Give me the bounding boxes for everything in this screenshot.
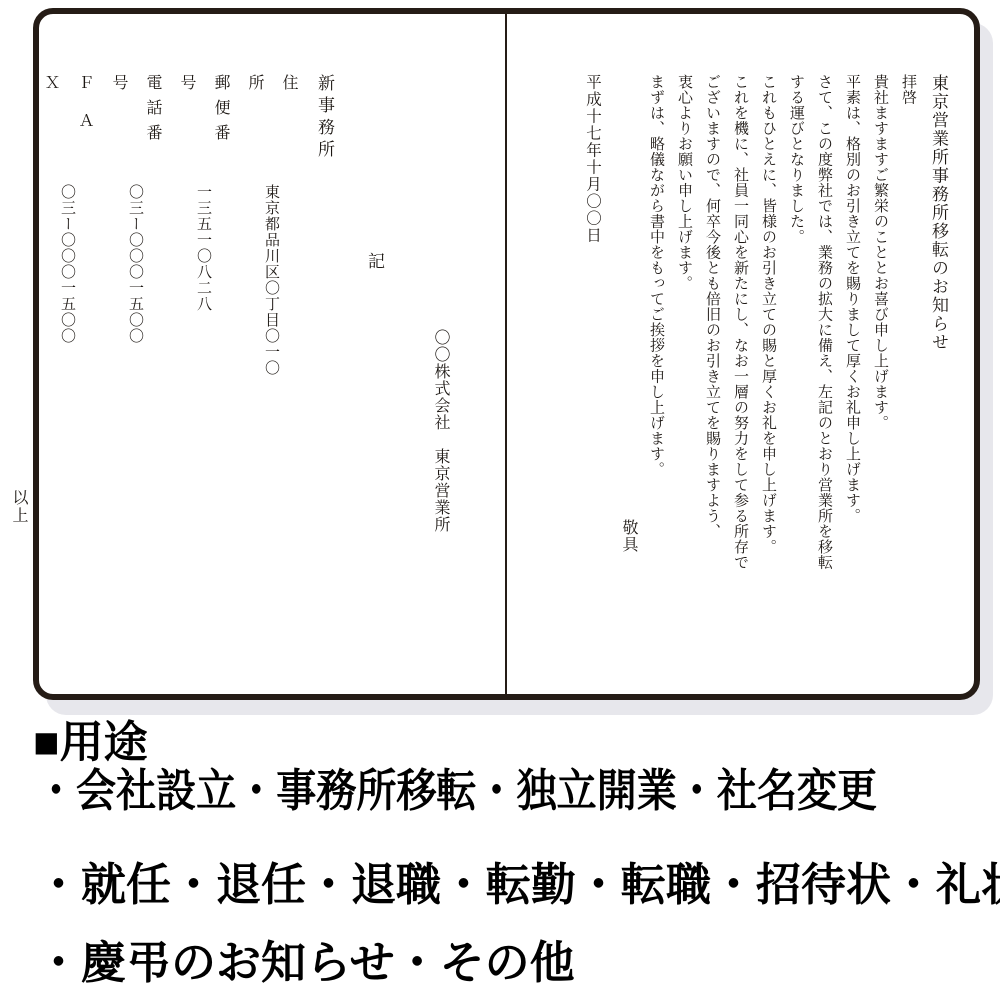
postal-code-label: 郵便番号 bbox=[169, 74, 237, 166]
card-right-page: 東京営業所事務所移転のお知らせ 拝啓 貴社ますますご繁栄のこととお喜び申し上げま… bbox=[507, 14, 974, 694]
label-value-gap bbox=[203, 166, 204, 184]
address-label: 住 所 bbox=[237, 74, 305, 166]
phone-number-value: 〇三ー〇〇〇一五〇〇 bbox=[127, 184, 143, 344]
address-field: 住 所東京都品川区〇丁目〇一〇 bbox=[237, 74, 305, 694]
left-page-closing: 以上 bbox=[3, 74, 33, 694]
letter-body-line: これもひとえに、皆様のお引き立ての賜と厚くお礼を申し上げます。 bbox=[754, 74, 782, 694]
company-signature: 〇〇株式会社 東京営業所 bbox=[425, 74, 455, 694]
postal-code-value: 一三五一〇八二八 bbox=[195, 184, 211, 312]
letter-closing: 敬具 bbox=[614, 74, 642, 694]
label-value-gap bbox=[67, 166, 68, 184]
ki-marker: 記 bbox=[359, 74, 389, 694]
letter-date: 平成十七年十月〇〇日 bbox=[578, 74, 606, 694]
fax-value: 〇三ー〇〇〇一五〇〇 bbox=[59, 184, 75, 344]
new-office-heading: 新事務所 bbox=[309, 74, 339, 694]
relocation-notice-card: 東京営業所事務所移転のお知らせ 拝啓 貴社ますますご繁栄のこととお喜び申し上げま… bbox=[33, 8, 980, 700]
letter-body-line: さて、この度弊社では、業務の拡大に備え、左記のとおり営業所を移転 bbox=[810, 74, 838, 694]
letter-title: 東京営業所事務所移転のお知らせ bbox=[922, 74, 954, 694]
label-value-gap bbox=[271, 166, 272, 184]
letter-body-line: 貴社ますますご繁栄のこととお喜び申し上げます。 bbox=[866, 74, 894, 694]
letter-body-line: する運びとなりました。 bbox=[782, 74, 810, 694]
usage-line: ・就任・退任・退職・転勤・転職・招待状・礼状 bbox=[36, 848, 1000, 913]
phone-number-label: 電話番号 bbox=[101, 74, 169, 166]
letter-salutation: 拝啓 bbox=[894, 74, 922, 694]
label-value-gap bbox=[135, 166, 136, 184]
letter-body-line: 平素は、格別のお引き立てを賜りまして厚くお礼申し上げます。 bbox=[838, 74, 866, 694]
card-left-page: 〇〇株式会社 東京営業所 記 新事務所 住 所東京都品川区〇丁目〇一〇 郵便番号… bbox=[39, 14, 503, 694]
usage-line: ・会社設立・事務所移転・独立開業・社名変更 bbox=[36, 754, 877, 819]
letter-body-line: ございますので、何卒今後とも倍旧のお引き立てを賜りますよう、 bbox=[698, 74, 726, 694]
postal-code-field: 郵便番号一三五一〇八二八 bbox=[169, 74, 237, 694]
letter-body-line: まずは、略儀ながら書中をもってご挨拶を申し上げます。 bbox=[642, 74, 670, 694]
fax-label: ＦＡＸ bbox=[33, 74, 101, 166]
usage-line: ・慶弔のお知らせ・その他 bbox=[36, 926, 575, 991]
letter-body-line: これを機に、社員一同心を新たにし、なお一層の努力をして参る所存で bbox=[726, 74, 754, 694]
letter-body-line: 衷心よりお願い申し上げます。 bbox=[670, 74, 698, 694]
fax-field: ＦＡＸ〇三ー〇〇〇一五〇〇 bbox=[33, 74, 101, 694]
phone-number-field: 電話番号〇三ー〇〇〇一五〇〇 bbox=[101, 74, 169, 694]
address-value: 東京都品川区〇丁目〇一〇 bbox=[263, 184, 279, 376]
